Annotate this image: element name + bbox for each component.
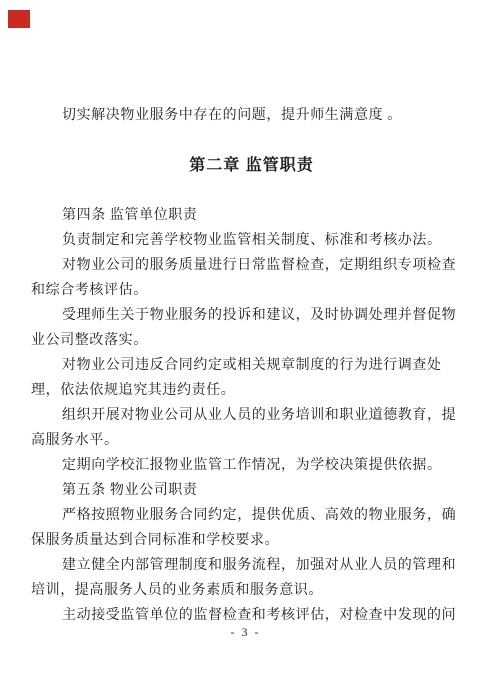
document-content: 切实解决物业服务中存在的问题，提升师生满意度 。第二章 监管职责第四条 监管单位… (31, 103, 460, 628)
text-line: 培训，提高服务人员的业务素质和服务意识。 (31, 578, 460, 603)
text-line: 定期向学校汇报物业监管工作情况，为学校决策提供依据。 (31, 453, 460, 478)
page-number: - 3 - (0, 625, 491, 640)
document-page: 切实解决物业服务中存在的问题，提升师生满意度 。第二章 监管职责第四条 监管单位… (0, 0, 491, 700)
text-line: 高服务水平。 (31, 428, 460, 453)
text-line: 保服务质量达到合同标准和学校要求。 (31, 528, 460, 553)
blank-line (31, 128, 460, 153)
text-line: 组织开展对物业公司从业人员的业务培训和职业道德教育，提 (31, 403, 460, 428)
text-line: 第五条 物业公司职责 (31, 478, 460, 503)
text-line: 业公司整改落实。 (31, 328, 460, 353)
text-line: 和综合考核评估。 (31, 278, 460, 303)
chapter-heading: 第二章 监管职责 (31, 153, 460, 178)
text-line: 严格按照物业服务合同约定，提供优质、高效的物业服务，确 (31, 503, 460, 528)
text-line: 对物业公司的服务质量进行日常监督检查，定期组织专项检查 (31, 253, 460, 278)
text-line: 受理师生关于物业服务的投诉和建议，及时协调处理并督促物 (31, 303, 460, 328)
text-line: 对物业公司违反合同约定或相关规章制度的行为进行调查处 (31, 353, 460, 378)
text-line: 建立健全内部管理制度和服务流程，加强对从业人员的管理和 (31, 553, 460, 578)
text-line: 负责制定和完善学校物业监管相关制度、标准和考核办法。 (31, 228, 460, 253)
text-line: 理，依法依规追究其违约责任。 (31, 378, 460, 403)
blank-line (31, 178, 460, 203)
text-line: 切实解决物业服务中存在的问题，提升师生满意度 。 (31, 103, 460, 128)
text-line: 第四条 监管单位职责 (31, 203, 460, 228)
red-corner-stamp (8, 10, 30, 28)
